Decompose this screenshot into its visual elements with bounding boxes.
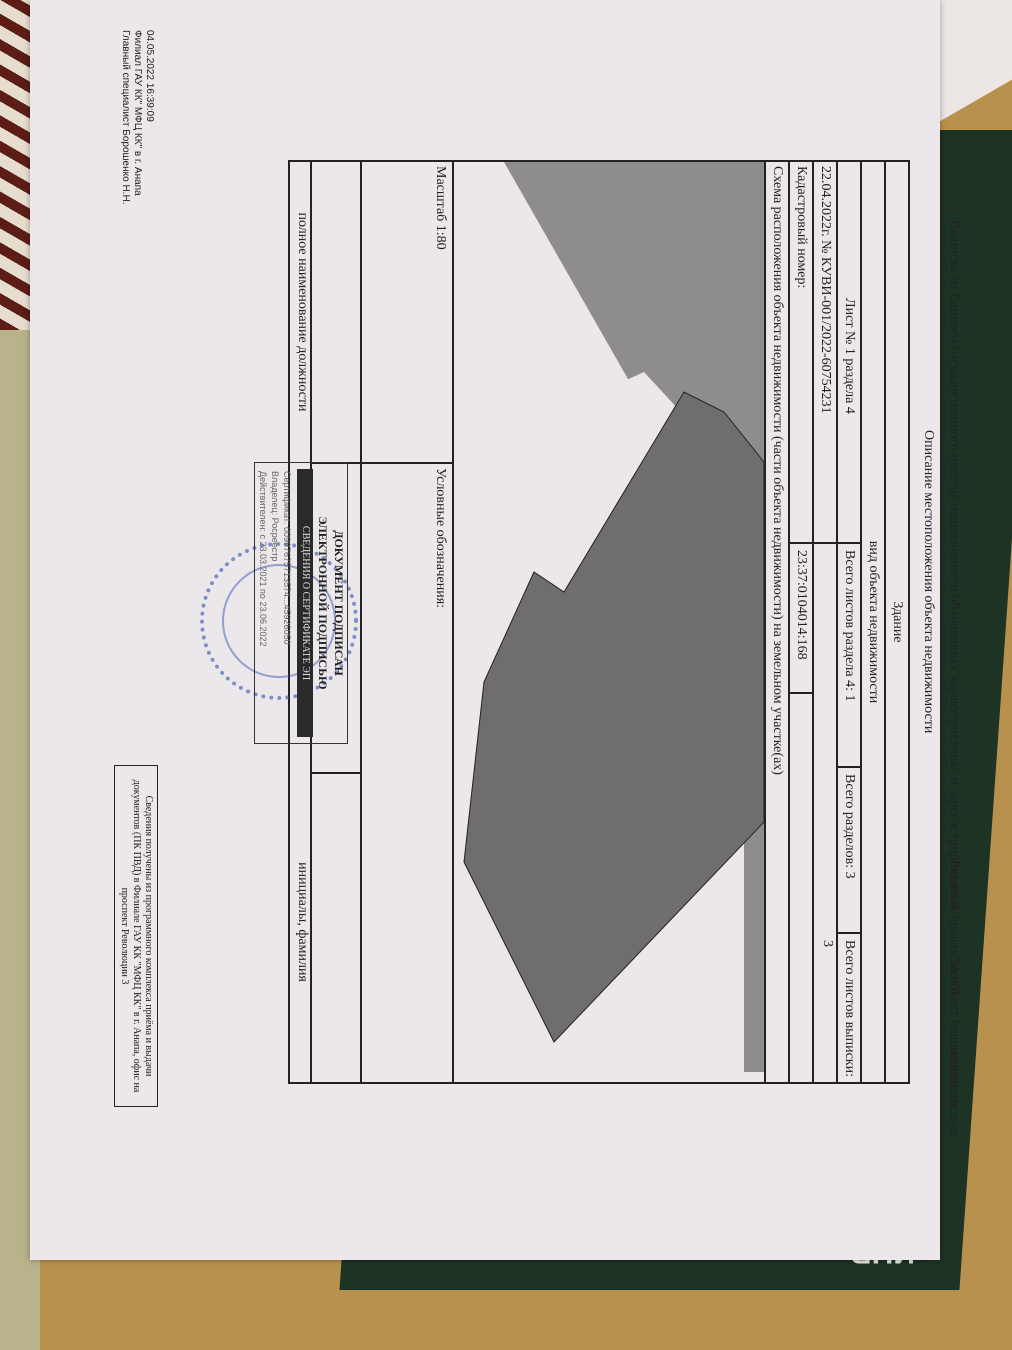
object-type-label: вид объекта недвижимости <box>860 162 884 1082</box>
section-label: Раздел 4 <box>946 860 962 910</box>
total-sections: Всего разделов: 3 <box>838 770 860 934</box>
scale-label: Масштаб 1:80 <box>432 166 448 250</box>
cadastral-number: 23:37:0104014:168 <box>790 546 812 660</box>
schema-label: Схема расположения объекта недвижимости … <box>766 162 788 775</box>
extract-table: Здание вид объекта недвижимости Лист № 1… <box>288 160 910 1084</box>
stamp-line-2: ЭЛЕКТРОННОЙ ПОДПИСЬЮ <box>315 463 331 743</box>
sheet-counts-row: Лист № 1 раздела 4 Всего листов раздела … <box>836 162 860 1082</box>
position-label: полное наименование должности <box>294 162 310 462</box>
stamp-owner: Владелец: Росреестр <box>269 471 281 735</box>
document-sheet: Выписка из Единого государственного реес… <box>30 0 940 1260</box>
schema-drawing <box>452 162 764 1082</box>
sheet-label: Лист 3 <box>946 955 962 995</box>
header-timestamp: 04.05.2022 16:39:09 <box>947 1045 958 1137</box>
total-sheets-extract: Всего листов выписки: 3 <box>838 936 860 1080</box>
initials-label: инициалы, фамилия <box>294 772 310 1072</box>
document-subtitle: Описание местоположения объекта недвижим… <box>920 430 936 733</box>
cadastral-row: Кадастровый номер: 23:37:0104014:168 <box>788 162 812 1082</box>
footer-left: 04.05.2022 16:39:09 Филиал ГАУ КК" МФЦ К… <box>119 30 155 204</box>
building-schema-svg <box>454 162 764 1078</box>
date-number-row: 22.04.2022г. № КУВИ-001/2022-60754231 <box>812 162 836 1082</box>
electronic-signature-stamp: ДОКУМЕНТ ПОДПИСАН ЭЛЕКТРОННОЙ ПОДПИСЬЮ С… <box>218 462 348 752</box>
cadastral-label: Кадастровый номер: <box>790 162 812 288</box>
signature-labels-row: полное наименование должности инициалы, … <box>290 162 310 1082</box>
total-sheets-section: Всего листов раздела 4: 1 <box>838 546 860 770</box>
legend-row: Масштаб 1:80 Условные обозначения: <box>360 162 452 1082</box>
signature-row: ДОКУМЕНТ ПОДПИСАН ЭЛЕКТРОННОЙ ПОДПИСЬЮ С… <box>310 162 360 1082</box>
sheet-number: Лист № 1 раздела 4 <box>838 162 860 546</box>
footer-timestamp: 04.05.2022 16:39:09 <box>143 30 155 204</box>
stamp-valid: Действителен: с 23.03.2021 по 23.06.2022 <box>257 471 269 735</box>
stamp-line-1: ДОКУМЕНТ ПОДПИСАН <box>331 463 347 743</box>
source-note: Сведения получены из программного компле… <box>114 765 158 1107</box>
footer-specialist: Главный специалист Борошенко Н.Н. <box>119 30 131 204</box>
document-page: Выписка из Единого государственного реес… <box>90 20 970 1200</box>
legend-label: Условные обозначения: <box>432 468 448 608</box>
date-number: 22.04.2022г. № КУВИ-001/2022-60754231 <box>814 162 836 414</box>
object-type-value: Здание <box>884 162 908 1082</box>
schema-label-row: Схема расположения объекта недвижимости … <box>764 162 788 1082</box>
footer-branch: Филиал ГАУ КК" МФЦ КК" в г. Анапа <box>131 30 143 204</box>
